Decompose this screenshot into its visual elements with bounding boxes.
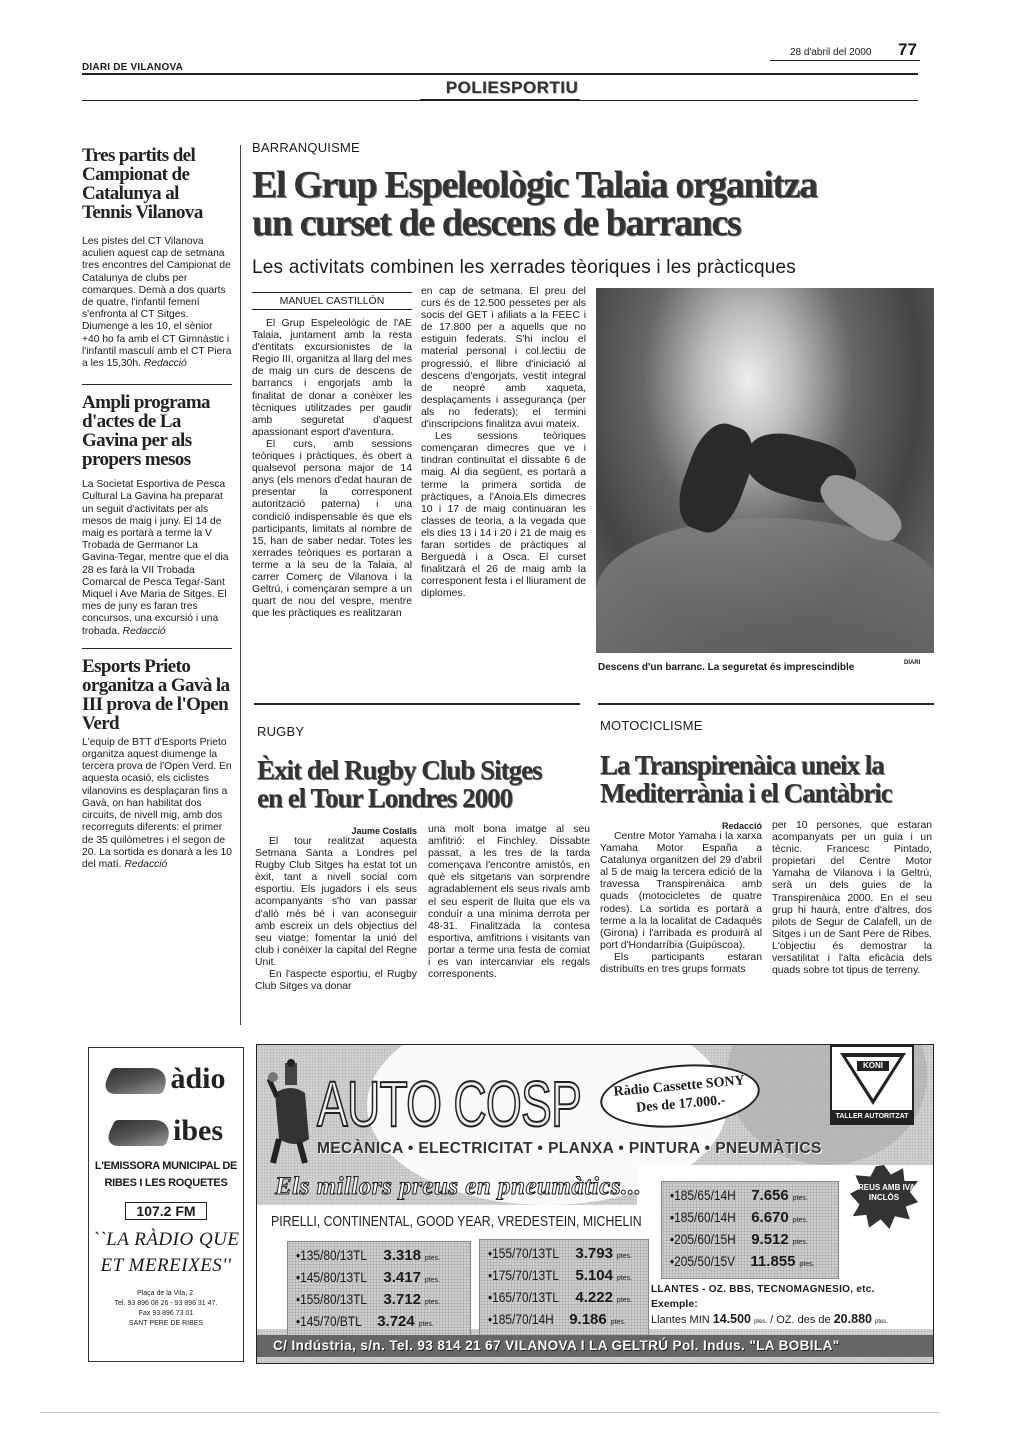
paragraph: El tour realitzat aquesta Setmana Santa … <box>255 836 417 969</box>
moto-headline: La Transpirenàica uneix la Mediterrània … <box>600 751 940 807</box>
moto-kicker: MOTOCICLISME <box>600 718 703 733</box>
rugby-byline: Jaume Coslalls <box>255 826 417 836</box>
story-headline: Esports Prieto organitza a Gavà la III p… <box>82 657 232 733</box>
radio-frequency: 107.2 FM <box>125 1202 206 1220</box>
auto-cosp-brand: AUTO COSP <box>317 1067 581 1141</box>
lead-kicker: BARRANQUISME <box>252 140 360 155</box>
lead-byline: MANUEL CASTILLÓN <box>252 292 412 310</box>
price-row: •205/60/15H 9.512 ptes. <box>670 1230 830 1252</box>
auto-cosp-ad: AUTO COSP Ràdio Cassette SONY Des de 17.… <box>256 1044 934 1364</box>
rugby-headline: Èxit del Rugby Club Sitges en el Tour Lo… <box>257 756 587 812</box>
lead-subheadline: Les activitats combinen les xerrades tèo… <box>252 257 796 279</box>
price-row: •185/60/14H 6.670 ptes. <box>670 1208 830 1230</box>
story-signature: Redacció <box>123 626 166 637</box>
address-bar: C/ Indústria, s/n. Tel. 93 814 21 67 VIL… <box>257 1335 934 1357</box>
paragraph: en cap de setmana. El preu del curs és d… <box>421 286 586 431</box>
lead-column-1: MANUEL CASTILLÓN El Grup Espeleològic de… <box>252 292 412 620</box>
price-row: •185/70/14H 9.186 ptes. <box>488 1310 640 1332</box>
price-list-1: •135/80/13TL 3.318 ptes. •145/80/13TL 3.… <box>287 1241 471 1339</box>
vat-included-badge: PREUS AMB IVA INCLÒS <box>850 1183 918 1203</box>
moto-column-2: per 10 persones, que estaran acompanyats… <box>772 820 932 977</box>
story-body: L'equip de BTT d'Esports Prieto organitz… <box>82 737 232 871</box>
paragraph: una molt bona imatge al seu amfitrió: el… <box>428 824 590 981</box>
rugby-kicker: RUGBY <box>257 724 304 739</box>
sidebar-story: Ampli programa d'actes de La Gavina per … <box>82 393 232 638</box>
paragraph: El curs, amb sessions teòriques i pràcti… <box>252 439 412 620</box>
rugby-column-1: Jaume Coslalls El tour realitzat aquesta… <box>255 826 417 993</box>
swoosh-r-icon <box>100 1068 174 1094</box>
story-body: La Societat Esportiva de Pesca Cultural … <box>82 479 232 638</box>
lead-headline: El Grup Espeleològic Talaia organitza un… <box>252 166 932 242</box>
masthead-date-rule <box>770 60 920 61</box>
section-title: POLIESPORTIU <box>0 78 1024 98</box>
radio-logo: àdio <box>89 1062 243 1096</box>
price-row: •165/70/13TL 4.222 ptes. <box>488 1288 640 1310</box>
services-list: MECÀNICA • ELECTRICITAT • PLANXA • PINTU… <box>317 1140 822 1158</box>
paragraph: per 10 persones, que estaran acompanyats… <box>772 820 932 977</box>
sidebar-divider <box>82 648 232 649</box>
tyre-slogan: Els millors preus en pneumàtics... <box>275 1173 641 1201</box>
story-headline: Tres partits del Campionat de Catalunya … <box>82 146 232 222</box>
scan-artifact <box>40 1412 940 1413</box>
paragraph: En l'aspecte esportiu, el Rugby Club Sit… <box>255 969 417 993</box>
story-signature: Redacció <box>144 358 187 369</box>
sidebar-divider <box>82 384 232 385</box>
mechanic-mascot-icon <box>265 1059 317 1169</box>
price-row: •155/80/13TL 3.712 ptes. <box>296 1290 462 1312</box>
sidebar-column: Tres partits del Campionat de Catalunya … <box>82 146 232 871</box>
photo-caption: Descens d'un barranc. La seguretat és im… <box>598 662 854 673</box>
article-divider <box>598 703 934 705</box>
price-list-3: •185/65/14H 7.656 ptes. •185/60/14H 6.67… <box>661 1181 839 1279</box>
section-rule <box>82 100 918 101</box>
paragraph: Centre Motor Yamaha i la xarxa Yamaha Mo… <box>600 831 762 952</box>
price-list-2: •155/70/13TL 3.793 ptes. •175/70/13TL 5.… <box>479 1239 649 1337</box>
newspaper-name: DIARI DE VILANOVA <box>82 62 183 73</box>
radio-ribes-ad: àdio ibes L'EMISSORA MUNICIPAL DE RIBES … <box>88 1047 244 1362</box>
price-row: •175/70/13TL 5.104 ptes. <box>488 1266 640 1288</box>
issue-date: 28 d'abril del 2000 <box>790 47 871 58</box>
story-headline: Ampli programa d'actes de La Gavina per … <box>82 393 232 469</box>
story-signature: Redacció <box>124 859 167 870</box>
swoosh-r-icon <box>103 1120 177 1146</box>
moto-column-1: Redacció Centre Motor Yamaha i la xarxa … <box>600 821 762 976</box>
article-divider <box>254 703 580 705</box>
sidebar-story: Tres partits del Campionat de Catalunya … <box>82 146 232 370</box>
price-row: •145/80/13TL 3.417 ptes. <box>296 1268 462 1290</box>
price-row: •135/80/13TL 3.318 ptes. <box>296 1246 462 1268</box>
example-prices: Llantes MIN 14.500 ptes. / OZ. des de 20… <box>651 1312 888 1326</box>
radio-slogan: ``LA RÀDIO QUE ET MEREIXES'' <box>89 1227 243 1279</box>
radio-contact: Plaça de la Vila, 2. Tel. 93 896 08 26 -… <box>89 1289 243 1329</box>
photo-credit: DIARI <box>904 660 920 666</box>
canyoning-photo <box>596 288 934 653</box>
paragraph: Els participants estaran distribuïts en … <box>600 952 762 976</box>
rugby-column-2: una molt bona imatge al seu amfitrió: el… <box>428 824 590 981</box>
sidebar-separator <box>240 145 241 1025</box>
moto-byline: Redacció <box>600 821 762 831</box>
koni-logo: KONI TALLER AUTORITZAT <box>830 1045 914 1125</box>
example-label: Exemple: <box>651 1298 698 1310</box>
tyre-brands: PIRELLI, CONTINENTAL, GOOD YEAR, VREDEST… <box>271 1213 642 1230</box>
sidebar-story: Esports Prieto organitza a Gavà la III p… <box>82 657 232 871</box>
masthead-rule <box>82 73 918 75</box>
lead-column-2: en cap de setmana. El preu del curs és d… <box>421 286 586 600</box>
radio-tagline: L'EMISSORA MUNICIPAL DE RIBES I LES ROQU… <box>89 1158 243 1192</box>
page-number: 77 <box>898 40 917 60</box>
paragraph: El Grup Espeleològic de l'AE Talaia, jun… <box>252 318 412 439</box>
price-row: •185/65/14H 7.656 ptes. <box>670 1186 830 1208</box>
story-body: Les pistes del CT Vilanova aculien aques… <box>82 236 232 370</box>
paragraph: Les sessions teòriques començaran dimecr… <box>421 431 586 600</box>
price-row: •155/70/13TL 3.793 ptes. <box>488 1244 640 1266</box>
rims-line: LLANTES - OZ. BBS, TECNOMAGNESIO, etc. <box>651 1283 875 1295</box>
radio-logo: ibes <box>89 1114 243 1148</box>
price-row: •205/50/15V 11.855 ptes. <box>670 1252 830 1274</box>
price-row: •145/70/BTL 3.724 ptes. <box>296 1312 462 1334</box>
